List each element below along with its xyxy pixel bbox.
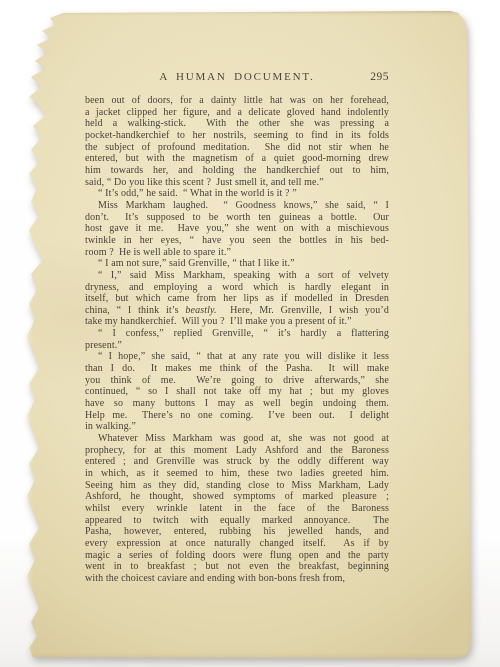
text-segment: pocket-handkerchief to her nostrils, see… (85, 130, 389, 141)
text-line: every expression at once naturally chang… (85, 538, 389, 550)
text-line: entered ; and Grenville was struck by th… (85, 456, 389, 468)
text-line: Help me. There’s no one coming. I’ve bee… (85, 410, 389, 422)
text-segment: Miss Markham laughed. “ Goodness knows,”… (98, 200, 389, 211)
text-segment: Help me. There’s no one coming. I’ve bee… (85, 410, 389, 421)
text-segment: held a walking-stick. With the other she… (85, 118, 389, 129)
text-segment: china, “ I think it’s (85, 305, 185, 316)
text-line: prophecy, for at this moment Lady Ashfor… (85, 445, 389, 457)
text-segment: dryness, and employing a word which is h… (85, 282, 389, 293)
text-segment: with the choicest caviare and ending wit… (85, 573, 345, 584)
text-line: “ I am not sure,” said Grenville, “ that… (85, 258, 389, 270)
text-line: don’t. It’s supposed to be worth ten gui… (85, 212, 389, 224)
text-line: you think of me. We’re going to drive af… (85, 375, 389, 387)
text-line: “ It’s odd,” he said. “ What in the worl… (85, 188, 389, 200)
book-page-sheet: A HUMAN DOCUMENT. 295 been out of doors,… (24, 8, 476, 660)
text-line: “ I hope,” she said, “ that at any rate … (85, 351, 389, 363)
text-line: room ? He is well able to spare it.” (85, 247, 389, 259)
text-segment: Ashford, he thought, showed symptoms of … (85, 491, 389, 502)
text-line: “ I confess,” replied Grenville, “ it’s … (85, 328, 389, 340)
text-line: appeared to twitch with equally marked a… (85, 515, 389, 527)
text-line: whilst every wrinkle latent in the face … (85, 503, 389, 515)
text-line: been out of doors, for a dainty little h… (85, 95, 389, 107)
text-line: Whatever Miss Markham was good at, she w… (85, 433, 389, 445)
text-segment: “ I confess,” replied Grenville, “ it’s … (98, 328, 389, 339)
text-segment: the subject of profound meditation. She … (85, 142, 389, 153)
text-segment: Whatever Miss Markham was good at, she w… (98, 433, 389, 444)
text-line: “ I,” said Miss Markham, speaking with a… (85, 270, 389, 282)
text-line: entered, but with the magnetism of a qui… (85, 153, 389, 165)
text-segment: magic a series of folding doors were flu… (85, 550, 389, 561)
text-segment: been out of doors, for a dainty little h… (85, 95, 389, 106)
text-line: itself, but which came from her lips as … (85, 293, 389, 305)
text-segment: itself, but which came from her lips as … (85, 293, 389, 304)
text-line: have so many buttons I may as well begin… (85, 398, 389, 410)
text-segment: you think of me. We’re going to drive af… (85, 375, 389, 386)
text-line: Miss Markham laughed. “ Goodness knows,”… (85, 200, 389, 212)
text-segment: entered, but with the magnetism of a qui… (85, 153, 389, 164)
text-segment: “ I am not sure,” said Grenville, “ that… (98, 258, 295, 269)
text-segment: whilst every wrinkle latent in the face … (85, 503, 389, 514)
italic-text-segment: beastly. (185, 305, 216, 316)
page-number: 295 (370, 71, 389, 83)
text-segment: “ I,” said Miss Markham, speaking with a… (98, 270, 389, 281)
text-segment: in walking.” (85, 421, 136, 432)
text-line: host gave it me. Have you,” she went on … (85, 223, 389, 235)
text-segment: said, “ Do you like this scent ? Just sm… (85, 177, 324, 188)
text-line: Seeing him as they did, standing close t… (85, 480, 389, 492)
text-block: been out of doors, for a dainty little h… (85, 95, 389, 585)
page-header: A HUMAN DOCUMENT. 295 (85, 71, 389, 85)
text-segment: host gave it me. Have you,” she went on … (85, 223, 389, 234)
text-segment: have so many buttons I may as well begin… (85, 398, 389, 409)
photo-backdrop: A HUMAN DOCUMENT. 295 been out of doors,… (0, 0, 500, 667)
text-segment: room ? He is well able to spare it.” (85, 247, 231, 258)
text-segment: prophecy, for at this moment Lady Ashfor… (85, 445, 389, 456)
text-line: china, “ I think it’s beastly. Here, Mr.… (85, 305, 389, 317)
text-line: dryness, and employing a word which is h… (85, 282, 389, 294)
text-segment: entered ; and Grenville was struck by th… (85, 456, 389, 467)
text-line: the subject of profound meditation. She … (85, 142, 389, 154)
text-line: than I do. It makes me think of the Pash… (85, 363, 389, 375)
text-line: said, “ Do you like this scent ? Just sm… (85, 177, 389, 189)
text-line: Pasha, however, entered, rubbing his jew… (85, 526, 389, 538)
text-line: him towards her, and holding the handker… (85, 165, 389, 177)
text-segment: Pasha, however, entered, rubbing his jew… (85, 526, 389, 537)
text-segment: twinkle in her eyes, “ have you seen the… (85, 235, 389, 246)
text-line: take my handkerchief. Will you ? I’ll ma… (85, 316, 389, 328)
book-page-wrapper: A HUMAN DOCUMENT. 295 been out of doors,… (24, 8, 476, 660)
text-line: magic a series of folding doors were flu… (85, 550, 389, 562)
text-line: in which, as it seemed to him, these two… (85, 468, 389, 480)
text-line: Ashford, he thought, showed symptoms of … (85, 491, 389, 503)
text-segment: present.” (85, 340, 122, 351)
text-line: went in to breakfast ; but not even the … (85, 561, 389, 573)
text-line: twinkle in her eyes, “ have you seen the… (85, 235, 389, 247)
text-line: with the choicest caviare and ending wit… (85, 573, 389, 585)
text-segment: continued, “ so I shall not take off my … (85, 386, 389, 397)
running-title: A HUMAN DOCUMENT. (85, 71, 389, 83)
text-segment: Here, Mr. Grenville, I wish you’d (217, 305, 389, 316)
text-segment: “ It’s odd,” he said. “ What in the worl… (98, 188, 297, 199)
text-segment: Seeing him as they did, standing close t… (85, 480, 389, 491)
text-segment: take my handkerchief. Will you ? I’ll ma… (85, 316, 352, 327)
text-line: held a walking-stick. With the other she… (85, 118, 389, 130)
text-segment: him towards her, and holding the handker… (85, 165, 389, 176)
text-line: pocket-handkerchief to her nostrils, see… (85, 130, 389, 142)
text-segment: every expression at once naturally chang… (85, 538, 389, 549)
text-line: a jacket clipped her figure, and a delic… (85, 107, 389, 119)
text-line: in walking.” (85, 421, 389, 433)
text-segment: appeared to twitch with equally marked a… (85, 515, 389, 526)
text-line: continued, “ so I shall not take off my … (85, 386, 389, 398)
text-segment: a jacket clipped her figure, and a delic… (85, 107, 389, 118)
text-segment: than I do. It makes me think of the Pash… (85, 363, 389, 374)
text-segment: don’t. It’s supposed to be worth ten gui… (85, 212, 389, 223)
text-line: present.” (85, 340, 389, 352)
text-segment: “ I hope,” she said, “ that at any rate … (98, 351, 389, 362)
text-segment: went in to breakfast ; but not even the … (85, 561, 389, 572)
text-segment: in which, as it seemed to him, these two… (85, 468, 389, 479)
